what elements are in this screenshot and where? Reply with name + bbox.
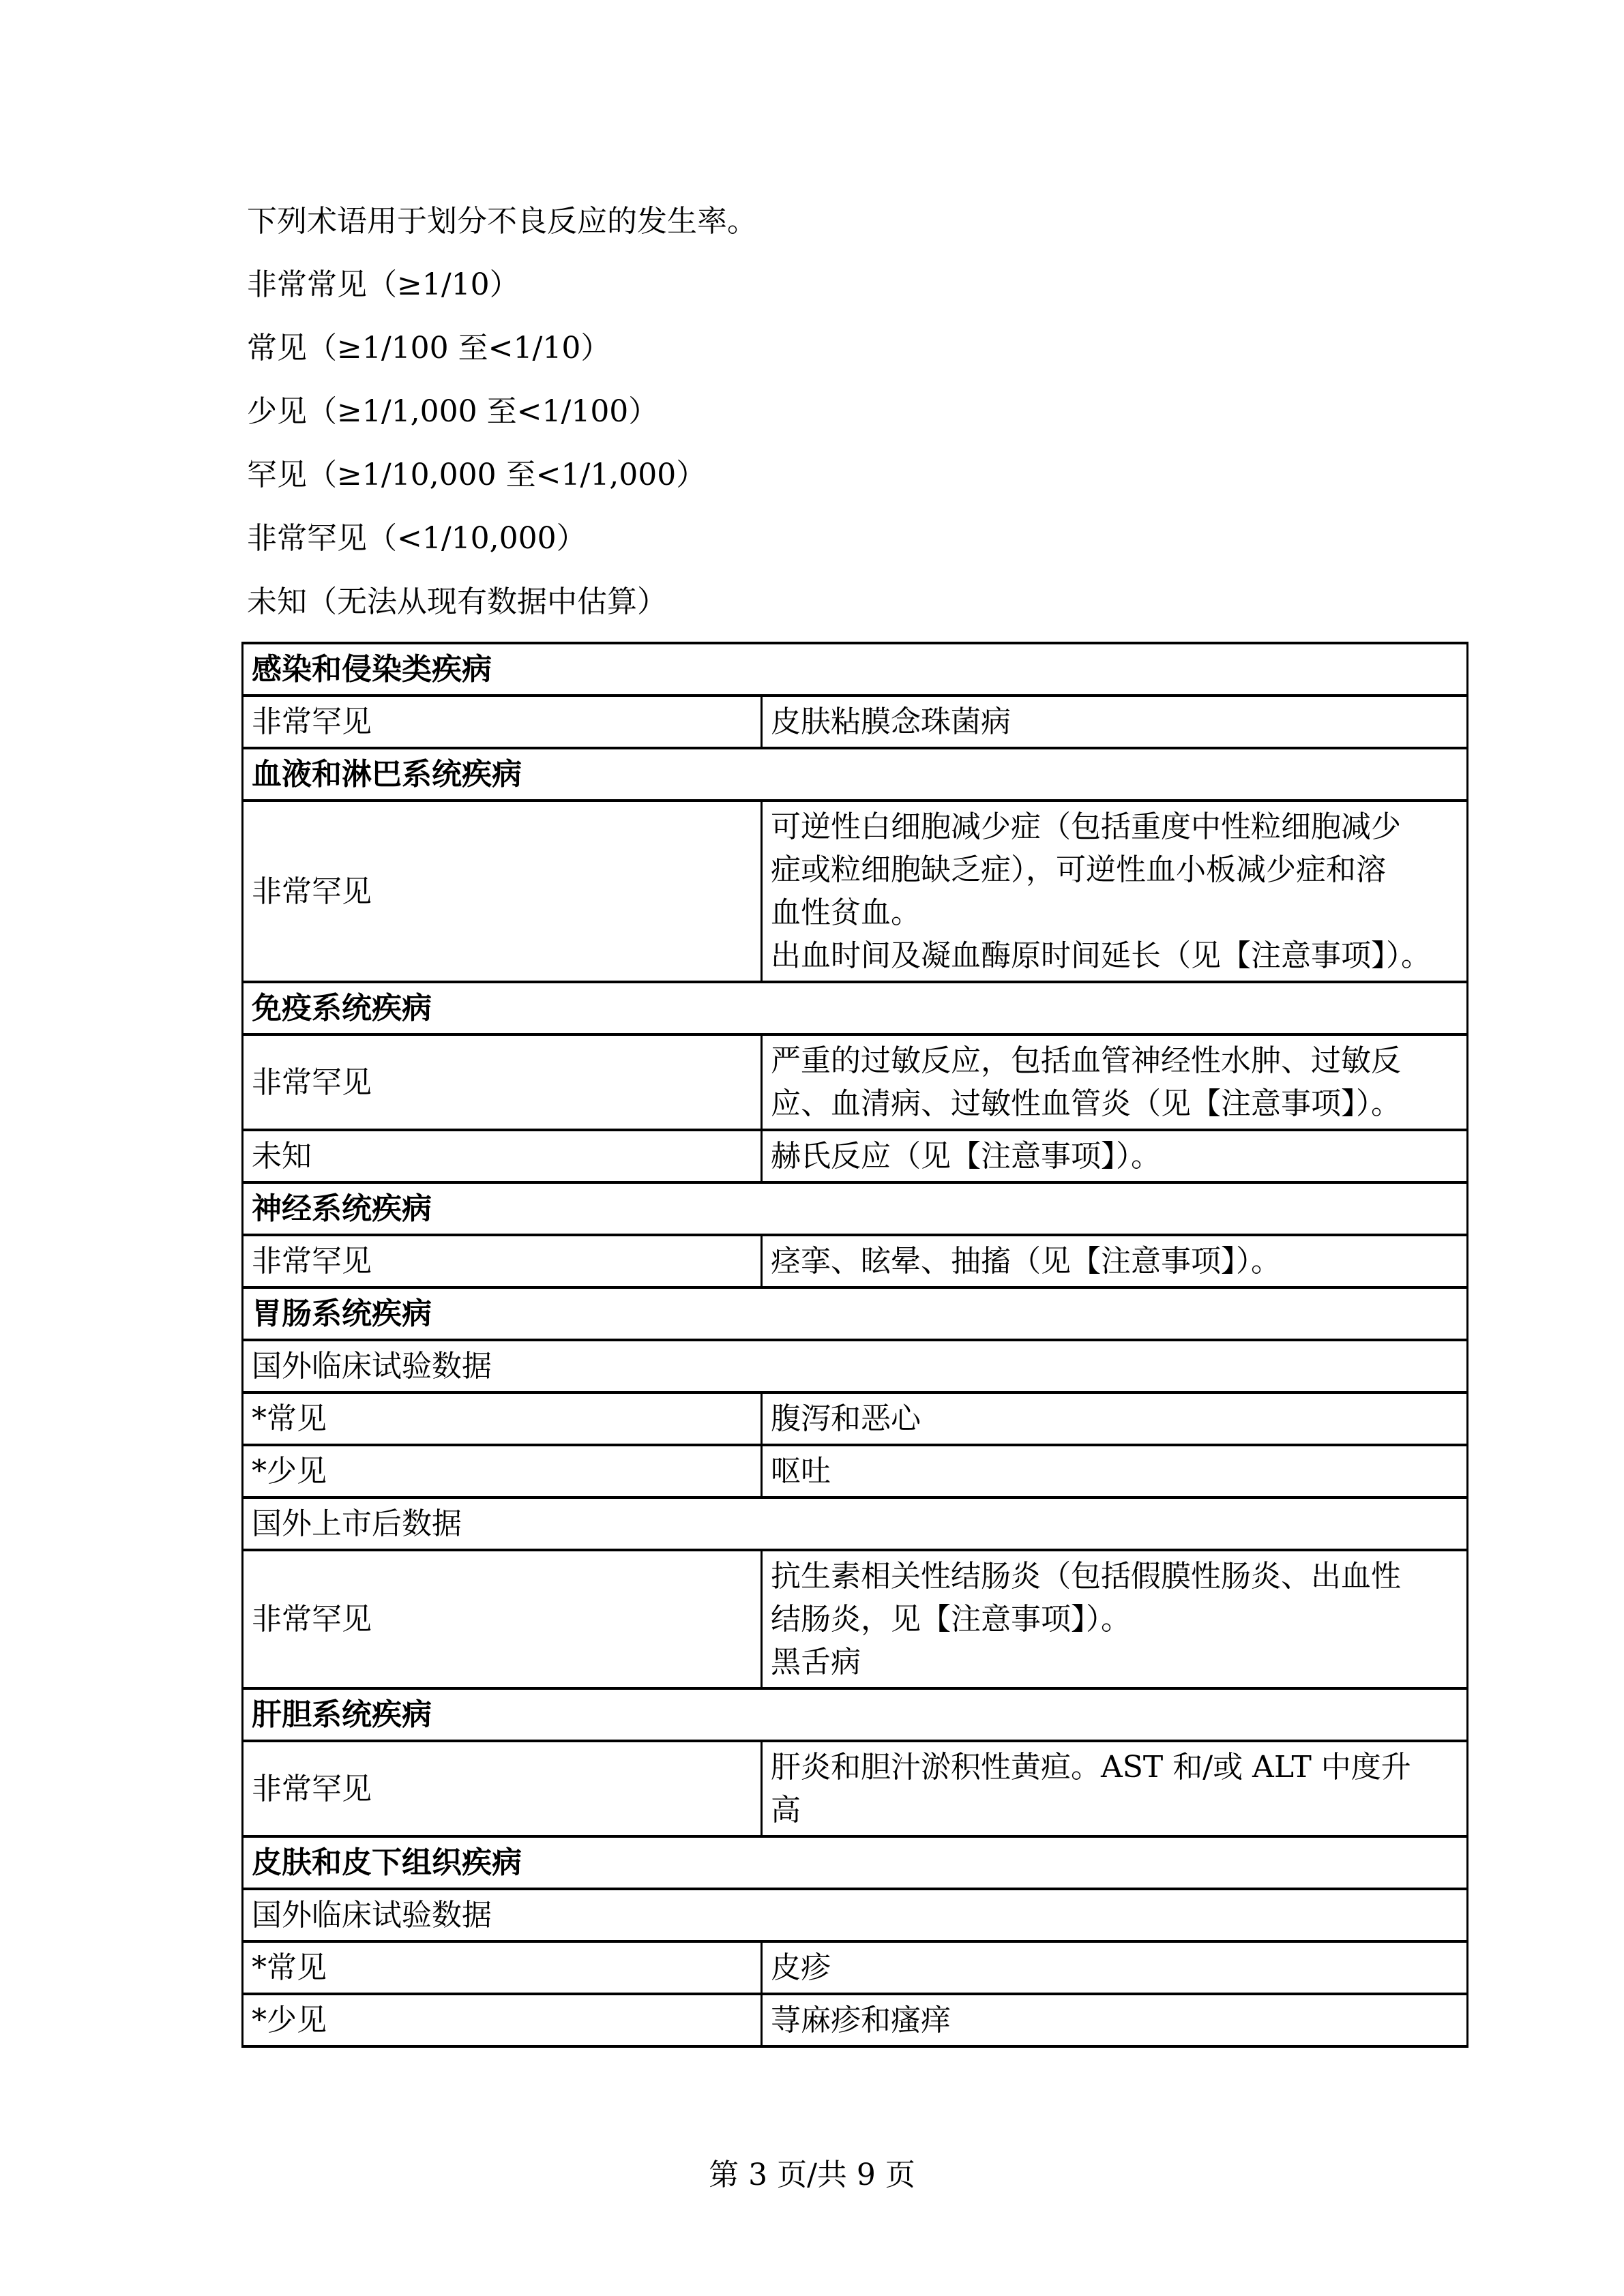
reaction-line: 可逆性白细胞减少症（包括重度中性粒细胞减少	[771, 805, 1458, 848]
section-header-cell: 免疫系统疾病	[243, 982, 1468, 1034]
frequency-term: 未知（无法从现有数据中估算）	[247, 567, 1475, 630]
subheader-cell: 国外上市后数据	[243, 1497, 1468, 1550]
frequency-definitions-block: 下列术语用于划分不良反应的发生率。 非常常见（≥1/10） 常见（≥1/100 …	[247, 186, 1475, 630]
frequency-term: 罕见（≥1/10,000 至<1/1,000）	[247, 440, 1475, 503]
reaction-line: 呕吐	[771, 1450, 1458, 1493]
table-section-row: 感染和侵染类疾病	[243, 643, 1468, 696]
frequency-term: 非常常见（≥1/10）	[247, 250, 1475, 313]
reaction-cell: 抗生素相关性结肠炎（包括假膜性肠炎、出血性结肠炎，见【注意事项】）。黑舌病	[762, 1550, 1468, 1688]
frequency-cell: 非常罕见	[243, 1034, 762, 1130]
reaction-line: 赫氏反应（见【注意事项】）。	[771, 1135, 1458, 1178]
section-header-cell: 神经系统疾病	[243, 1182, 1468, 1235]
reaction-line: 痉挛、眩晕、抽搐（见【注意事项】）。	[771, 1240, 1458, 1283]
adverse-reactions-table-body: 感染和侵染类疾病 非常罕见 皮肤粘膜念珠菌病 血液和淋巴系统疾病 非常罕见 可逆…	[243, 643, 1468, 2046]
table-data-row: *少见 荨麻疹和瘙痒	[243, 1994, 1468, 2046]
reaction-line: 皮疹	[771, 1946, 1458, 1989]
reaction-cell: 赫氏反应（见【注意事项】）。	[762, 1130, 1468, 1182]
adverse-reactions-table: 感染和侵染类疾病 非常罕见 皮肤粘膜念珠菌病 血液和淋巴系统疾病 非常罕见 可逆…	[241, 642, 1468, 2048]
subheader-cell: 国外临床试验数据	[243, 1889, 1468, 1941]
frequency-cell: *常见	[243, 1941, 762, 1994]
frequency-cell: 非常罕见	[243, 801, 762, 982]
table-section-row: 免疫系统疾病	[243, 982, 1468, 1034]
reaction-line: 黑舌病	[771, 1641, 1458, 1684]
reaction-line: 高	[771, 1789, 1458, 1832]
table-subheader-row: 国外上市后数据	[243, 1497, 1468, 1550]
reaction-line: 严重的过敏反应，包括血管神经性水肿、过敏反	[771, 1039, 1458, 1082]
table-data-row: 非常罕见 严重的过敏反应，包括血管神经性水肿、过敏反应、血清病、过敏性血管炎（见…	[243, 1034, 1468, 1130]
reaction-cell: 肝炎和胆汁淤积性黄疸。AST 和/或 ALT 中度升高	[762, 1741, 1468, 1836]
frequency-cell: *少见	[243, 1445, 762, 1497]
table-data-row: *常见 腹泻和恶心	[243, 1392, 1468, 1445]
reaction-cell: 皮肤粘膜念珠菌病	[762, 696, 1468, 748]
reaction-line: 应、血清病、过敏性血管炎（见【注意事项】）。	[771, 1082, 1458, 1125]
table-section-row: 肝胆系统疾病	[243, 1688, 1468, 1741]
frequency-term: 非常罕见（<1/10,000）	[247, 503, 1475, 567]
reaction-cell: 呕吐	[762, 1445, 1468, 1497]
frequency-cell: *少见	[243, 1994, 762, 2046]
table-section-row: 神经系统疾病	[243, 1182, 1468, 1235]
table-section-row: 血液和淋巴系统疾病	[243, 748, 1468, 801]
reaction-line: 皮肤粘膜念珠菌病	[771, 700, 1458, 743]
table-data-row: 未知 赫氏反应（见【注意事项】）。	[243, 1130, 1468, 1182]
reaction-line: 出血时间及凝血酶原时间延长（见【注意事项】）。	[771, 934, 1458, 977]
reaction-line: 腹泻和恶心	[771, 1397, 1458, 1440]
reaction-cell: 严重的过敏反应，包括血管神经性水肿、过敏反应、血清病、过敏性血管炎（见【注意事项…	[762, 1034, 1468, 1130]
frequency-cell: 未知	[243, 1130, 762, 1182]
reaction-cell: 痉挛、眩晕、抽搐（见【注意事项】）。	[762, 1235, 1468, 1287]
reaction-line: 血性贫血。	[771, 891, 1458, 934]
reaction-cell: 可逆性白细胞减少症（包括重度中性粒细胞减少症或粒细胞缺乏症），可逆性血小板减少症…	[762, 801, 1468, 982]
section-header-cell: 皮肤和皮下组织疾病	[243, 1836, 1468, 1889]
table-subheader-row: 国外临床试验数据	[243, 1340, 1468, 1392]
frequency-term: 常见（≥1/100 至<1/10）	[247, 313, 1475, 376]
reaction-line: 肝炎和胆汁淤积性黄疸。AST 和/或 ALT 中度升	[771, 1746, 1458, 1789]
table-data-row: 非常罕见 皮肤粘膜念珠菌病	[243, 696, 1468, 748]
reaction-line: 症或粒细胞缺乏症），可逆性血小板减少症和溶	[771, 848, 1458, 891]
reaction-cell: 腹泻和恶心	[762, 1392, 1468, 1445]
section-header-cell: 感染和侵染类疾病	[243, 643, 1468, 696]
frequency-cell: *常见	[243, 1392, 762, 1445]
reaction-cell: 皮疹	[762, 1941, 1468, 1994]
table-subheader-row: 国外临床试验数据	[243, 1889, 1468, 1941]
table-data-row: 非常罕见 痉挛、眩晕、抽搐（见【注意事项】）。	[243, 1235, 1468, 1287]
table-data-row: 非常罕见 抗生素相关性结肠炎（包括假膜性肠炎、出血性结肠炎，见【注意事项】）。黑…	[243, 1550, 1468, 1688]
frequency-term: 少见（≥1/1,000 至<1/100）	[247, 376, 1475, 440]
footer-page-number: 第 3 页/共 9 页	[0, 2158, 1624, 2192]
frequency-cell: 非常罕见	[243, 1550, 762, 1688]
section-header-cell: 血液和淋巴系统疾病	[243, 748, 1468, 801]
table-data-row: *常见 皮疹	[243, 1941, 1468, 1994]
reaction-line: 荨麻疹和瘙痒	[771, 1999, 1458, 2042]
intro-paragraph: 下列术语用于划分不良反应的发生率。	[247, 186, 1475, 250]
reaction-line: 抗生素相关性结肠炎（包括假膜性肠炎、出血性	[771, 1555, 1458, 1598]
table-data-row: *少见 呕吐	[243, 1445, 1468, 1497]
frequency-cell: 非常罕见	[243, 1741, 762, 1836]
reaction-cell: 荨麻疹和瘙痒	[762, 1994, 1468, 2046]
table-section-row: 胃肠系统疾病	[243, 1287, 1468, 1340]
table-data-row: 非常罕见 肝炎和胆汁淤积性黄疸。AST 和/或 ALT 中度升高	[243, 1741, 1468, 1836]
subheader-cell: 国外临床试验数据	[243, 1340, 1468, 1392]
frequency-cell: 非常罕见	[243, 1235, 762, 1287]
frequency-cell: 非常罕见	[243, 696, 762, 748]
document-page: 下列术语用于划分不良反应的发生率。 非常常见（≥1/10） 常见（≥1/100 …	[0, 0, 1624, 2296]
reaction-line: 结肠炎，见【注意事项】）。	[771, 1598, 1458, 1641]
table-section-row: 皮肤和皮下组织疾病	[243, 1836, 1468, 1889]
table-data-row: 非常罕见 可逆性白细胞减少症（包括重度中性粒细胞减少症或粒细胞缺乏症），可逆性血…	[243, 801, 1468, 982]
section-header-cell: 胃肠系统疾病	[243, 1287, 1468, 1340]
section-header-cell: 肝胆系统疾病	[243, 1688, 1468, 1741]
